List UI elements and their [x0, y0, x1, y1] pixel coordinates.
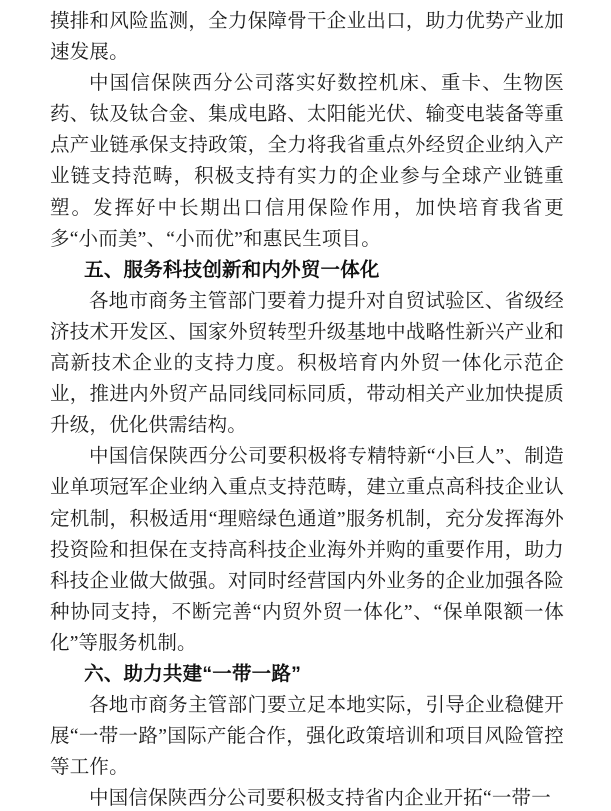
paragraph-cutoff-at-page-bottom: 中国信保陕西分公司要积极支持省内企业开拓“一带一 [50, 783, 564, 811]
paragraph-belt-and-road-guidance: 各地市商务主管部门要立足本地实际，引导企业稳健开展“一带一路”国际产能合作，强化… [50, 690, 564, 783]
paragraph-continued-from-previous-page: 摸排和风险监测，全力保障骨干企业出口，助力优势产业加速发展。 [50, 6, 564, 68]
document-page: 摸排和风险监测，全力保障骨干企业出口，助力优势产业加速发展。 中国信保陕西分公司… [0, 0, 611, 811]
paragraph-commerce-departments-tech: 各地市商务主管部门要着力提升对自贸试验区、省级经济技术开发区、国家外贸转型升级基… [50, 286, 564, 441]
paragraph-sinosure-industry-chain: 中国信保陕西分公司落实好数控机床、重卡、生物医药、钛及钛合金、集成电路、太阳能光… [50, 68, 564, 255]
paragraph-sinosure-hightech: 中国信保陕西分公司要积极将专精特新“小巨人”、制造业单项冠军企业纳入重点支持范畴… [50, 441, 564, 659]
section-heading-5: 五、服务科技创新和内外贸一体化 [50, 255, 564, 286]
section-heading-6: 六、助力共建“一带一路” [50, 659, 564, 690]
